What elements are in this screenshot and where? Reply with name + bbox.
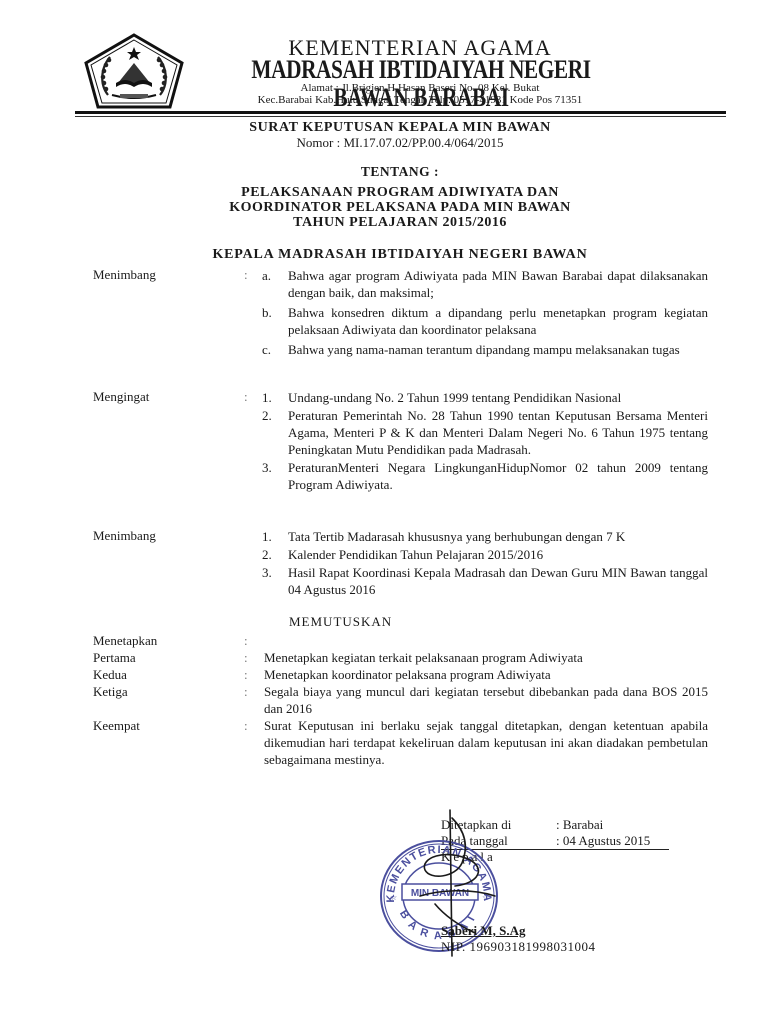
address-line-2: Kec.Barabai Kab.Hulu Sungai Tengah Telp.… xyxy=(190,94,650,107)
decision-row-pertama: Pertama:Menetapkan kegiatan terkait pela… xyxy=(93,649,708,666)
menimbang-2-list: 1.Tata Tertib Madarasah khususnya yang b… xyxy=(262,528,708,598)
list-item: 2. Kalender Pendidikan Tahun Pelajaran 2… xyxy=(262,546,708,563)
subject-line: PELAKSANAAN PROGRAM ADIWIYATA DAN xyxy=(90,185,710,200)
menimbang-list: a.Bahwa agar program Adiwiyata pada MIN … xyxy=(262,267,708,358)
decision-row-menetapkan: Menetapkan: xyxy=(93,632,708,649)
section-label-mengingat: Mengingat xyxy=(93,389,149,405)
list-item: c.Bahwa yang nama-naman terantum dipanda… xyxy=(262,341,708,358)
list-item: 1.Tata Tertib Madarasah khususnya yang b… xyxy=(262,528,708,545)
list-item: 1.Undang-undang No. 2 Tahun 1999 tentang… xyxy=(262,389,708,406)
decision-row-kedua: Kedua:Menetapkan koordinator pelaksana p… xyxy=(93,666,708,683)
list-item: 2.Peraturan Pemerintah No. 28 Tahun 1990… xyxy=(262,407,708,458)
subject-line: KOORDINATOR PELAKSANA PADA MIN BAWAN xyxy=(90,200,710,215)
ministry-emblem-icon xyxy=(84,33,184,109)
issuer-heading: KEPALA MADRASAH IBTIDAIYAH NEGERI BAWAN xyxy=(90,247,710,263)
mengingat-list: 1.Undang-undang No. 2 Tahun 1999 tentang… xyxy=(262,389,708,493)
section-colon: : xyxy=(244,267,248,283)
document-subject: PELAKSANAAN PROGRAM ADIWIYATA DAN KOORDI… xyxy=(90,185,710,230)
decision-heading: MEMUTUSKAN xyxy=(289,614,392,630)
document-title: SURAT KEPUTUSAN KEPALA MIN BAWAN xyxy=(90,120,710,136)
tentang-heading: TENTANG : xyxy=(90,164,710,180)
decision-row-keempat: Keempat:Surat Keputusan ini berlaku seja… xyxy=(93,717,708,768)
list-item: 3.PeraturanMenteri Negara LingkunganHidu… xyxy=(262,459,708,493)
list-item: a.Bahwa agar program Adiwiyata pada MIN … xyxy=(262,267,708,301)
signatory-name: Saberi M, S.Ag xyxy=(441,922,526,939)
decision-row-ketiga: Ketiga:Segala biaya yang muncul dari keg… xyxy=(93,683,708,717)
subject-line: TAHUN PELAJARAN 2015/2016 xyxy=(90,215,710,230)
document-number: Nomor : MI.17.07.02/PP.00.4/064/2015 xyxy=(90,135,710,151)
section-label-menimbang: Menimbang xyxy=(93,267,156,283)
letterhead-divider-thin xyxy=(75,116,726,117)
signatory-nip: NIP. 196903181998031004 xyxy=(441,938,596,955)
letterhead-divider-thick xyxy=(75,111,726,114)
svg-text:☆: ☆ xyxy=(390,893,397,902)
list-item: b.Bahwa konsedren diktum a dipandang per… xyxy=(262,304,708,338)
section-label-menimbang-2: Menimbang xyxy=(93,528,156,544)
list-item: 3.Hasil Rapat Koordinasi Kepala Madrasah… xyxy=(262,564,708,598)
section-colon: : xyxy=(244,389,248,405)
